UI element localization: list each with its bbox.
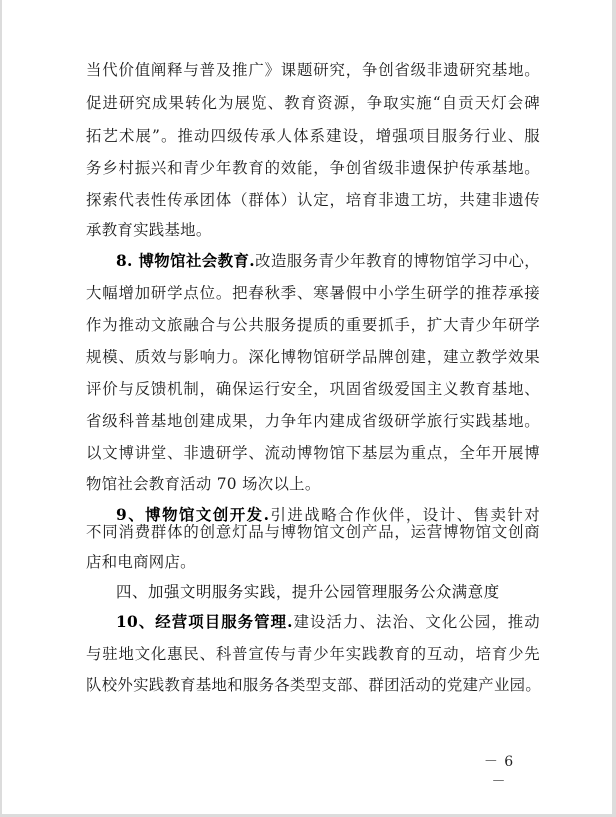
item-10-first-line: 10、经营项目服务管理.建设活力、法治、文化公园，推动 <box>116 610 540 634</box>
paragraph-line: 以文博讲堂、非遗研学、流动博物馆下基层为重点，全年开展博 <box>86 441 540 465</box>
document-page: 当代价值阐释与普及推广》课题研究，争创省级非遗研究基地。 促进研究成果转化为展览… <box>0 0 616 817</box>
item-8-first-line: 8. 博物馆社会教育.改造服务青少年教育的博物馆学习中心， <box>116 249 540 273</box>
paragraph-line: 务乡村振兴和青少年教育的效能，争创省级非遗保护传承基地。 <box>86 156 540 180</box>
paragraph-line: 作为推动文旅融合与公共服务提质的重要抓手，扩大青少年研学 <box>86 313 540 337</box>
paragraph-line: 促进研究成果转化为展览、教育资源，争取实施“自贡天灯会碑 <box>86 91 540 115</box>
page-number: － 6 － <box>474 752 524 772</box>
paragraph-line: 拓艺术展”。推动四级传承人体系建设，增强项目服务行业、服 <box>86 124 540 148</box>
paragraph-line: 不同消费群体的创意灯品与博物馆文创产品，运营博物馆文创商 <box>86 520 540 544</box>
paragraph-line: 当代价值阐释与普及推广》课题研究，争创省级非遗研究基地。 <box>86 58 540 82</box>
item-8-first-line-text: 改造服务青少年教育的博物馆学习中心， <box>255 252 540 270</box>
section-heading: 四、加强文明服务实践，提升公园管理服务公众满意度 <box>116 580 540 604</box>
paragraph-line: 店和电商网店。 <box>86 550 540 574</box>
paragraph-line: 承教育实践基地。 <box>86 218 540 242</box>
paragraph-line: 省级科普基地创建成果，力争年内建成省级研学旅行实践基地。 <box>86 409 540 433</box>
paragraph-line: 队校外实践教育基地和服务各类型支部、群团活动的党建产业园。 <box>86 673 540 697</box>
paragraph-line: 探索代表性传承团体（群体）认定，培育非遗工坊，共建非遗传 <box>86 188 540 212</box>
item-10-first-line-text: 建设活力、法治、文化公园，推动 <box>293 613 540 631</box>
item-10-heading: 10、经营项目服务管理. <box>116 613 293 631</box>
item-8-heading: 8. 博物馆社会教育. <box>116 252 255 270</box>
paragraph-line: 与驻地文化惠民、科普宣传与青少年实践教育的互动，培育少先 <box>86 642 540 666</box>
paragraph-line: 规模、质效与影响力。深化博物馆研学品牌创建，建立教学效果 <box>86 345 540 369</box>
paragraph-line: 大幅增加研学点位。把春秋季、寒暑假中小学生研学的推荐承接 <box>86 281 540 305</box>
paragraph-line: 物馆社会教育活动 70 场次以上。 <box>86 472 540 496</box>
paragraph-line: 评价与反馈机制，确保运行安全，巩固省级爱国主义教育基地、 <box>86 377 540 401</box>
